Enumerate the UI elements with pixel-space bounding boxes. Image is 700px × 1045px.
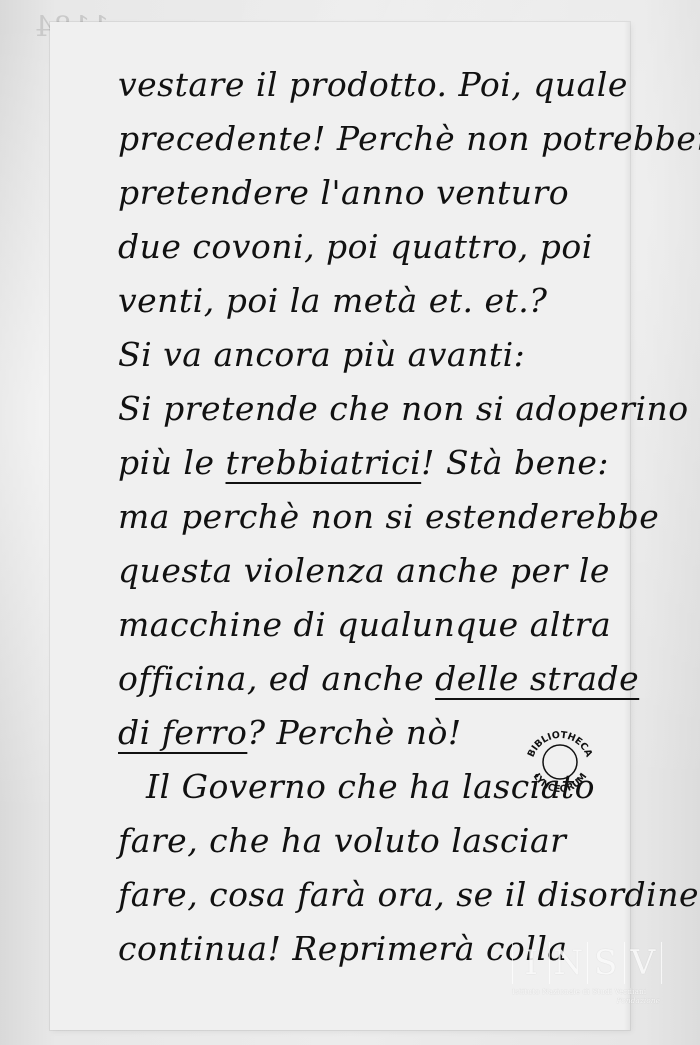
text-segment: ? Perchè nò! bbox=[247, 713, 461, 752]
text-line-9: ma perchè non si estenderebbe bbox=[118, 490, 678, 544]
text-line-15: fare, che ha voluto lasciar bbox=[118, 814, 678, 868]
underlined-word: delle strade bbox=[435, 659, 639, 698]
manuscript-text: vestare il prodotto. Poi, quale preceden… bbox=[118, 58, 678, 976]
text-line-8: più le trebbiatrici! Stà bene: bbox=[118, 436, 678, 490]
text-segment: officina, ed anche bbox=[118, 659, 435, 698]
svg-text:LYNCEORUM: LYNCEORUM bbox=[531, 771, 590, 795]
text-line-16: fare, cosa farà ora, se il disordine bbox=[118, 868, 678, 922]
watermark-letter: I bbox=[513, 942, 550, 984]
watermark-logo: I N S V bbox=[512, 942, 662, 984]
watermark-letter: N bbox=[550, 942, 587, 984]
stamp-bottom-text: LYNCEORUM bbox=[531, 771, 590, 795]
text-line-1: vestare il prodotto. Poi, quale bbox=[118, 58, 678, 112]
watermark-letter: S bbox=[588, 942, 625, 984]
underlined-word: trebbiatrici bbox=[226, 443, 422, 482]
text-segment: ! Stà bene: bbox=[421, 443, 609, 482]
text-line-2: precedente! Perchè non potrebbero bbox=[118, 112, 678, 166]
underlined-word: di ferro bbox=[118, 713, 247, 752]
text-line-10: questa violenza anche per le bbox=[118, 544, 678, 598]
text-line-12: officina, ed anche delle strade bbox=[118, 652, 678, 706]
text-line-5: venti, poi la metà et. et.? bbox=[118, 274, 678, 328]
watermark-institution: Istituto Nazionale di Studi Verdiani bbox=[512, 987, 662, 996]
text-line-3: pretendere l'anno venturo bbox=[118, 166, 678, 220]
text-segment: più le bbox=[118, 443, 226, 482]
text-line-6: Si va ancora più avanti: bbox=[118, 328, 678, 382]
library-stamp: BIBLIOTHECA LYNCEORUM bbox=[520, 722, 600, 802]
stamp-seal-icon: BIBLIOTHECA LYNCEORUM bbox=[520, 722, 600, 802]
text-line-11: macchine di qualunque altra bbox=[118, 598, 678, 652]
watermark-letter: V bbox=[625, 942, 662, 984]
watermark-subtitle: Fondazione bbox=[512, 996, 662, 1005]
text-line-7: Si pretende che non si adoperino bbox=[118, 382, 678, 436]
insv-watermark: I N S V Istituto Nazionale di Studi Verd… bbox=[512, 942, 662, 1012]
text-line-4: due covoni, poi quattro, poi bbox=[118, 220, 678, 274]
